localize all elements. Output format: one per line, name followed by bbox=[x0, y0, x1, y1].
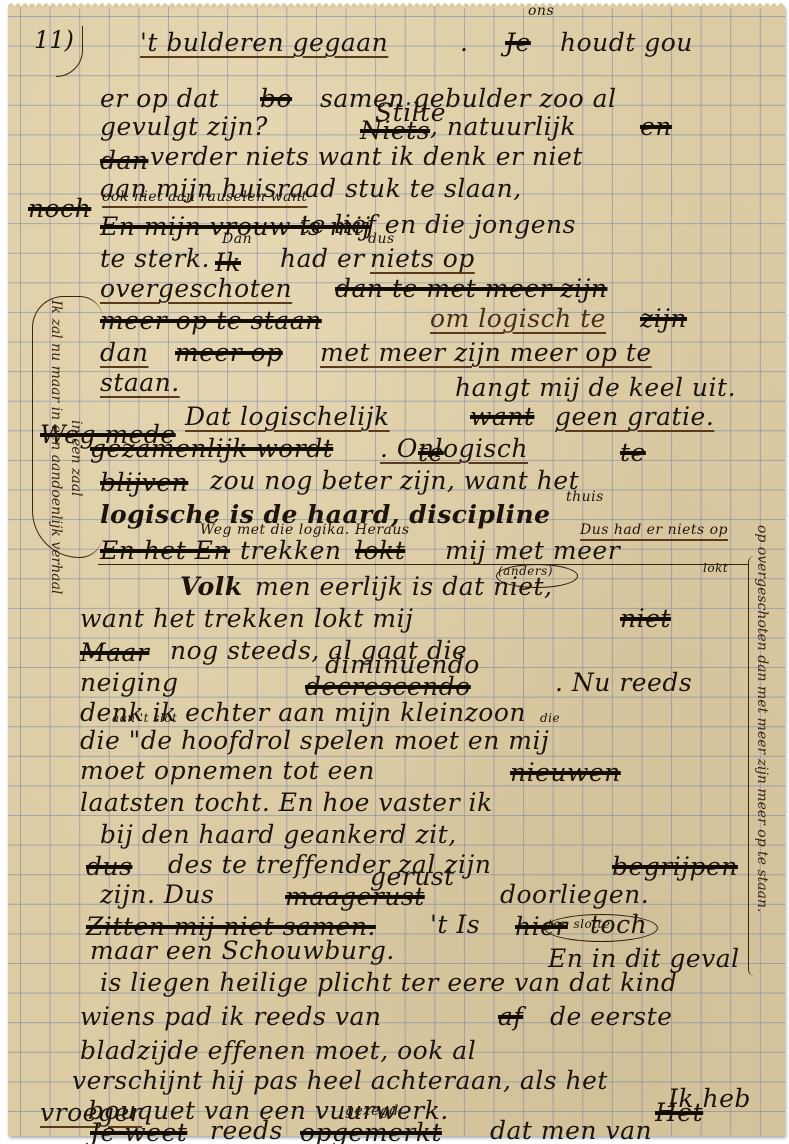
struck-text: lokt bbox=[355, 538, 405, 563]
struck-text: maagerust bbox=[285, 884, 425, 909]
text-line: reeds bbox=[210, 1118, 283, 1143]
text-line: de eerste bbox=[550, 1004, 672, 1029]
text-line: moet opnemen tot een bbox=[80, 758, 375, 783]
inserted-text: ons bbox=[528, 4, 554, 18]
text-line: is liegen heilige plicht ter eere van da… bbox=[100, 970, 677, 995]
inserted-text: Dus had er niets op bbox=[580, 523, 728, 537]
struck-text: te bbox=[418, 440, 444, 465]
struck-text: dan te met meer zijn bbox=[335, 276, 607, 301]
struck-text: begrijpen bbox=[612, 854, 738, 879]
text-line: neiging bbox=[80, 670, 179, 695]
text-line: . bbox=[460, 30, 468, 55]
struck-text: dus bbox=[86, 854, 132, 879]
right-margin-note: op overgeschoten dan met meer zijn meer … bbox=[754, 525, 770, 912]
text-line: bladzijde effenen moet, ook al bbox=[80, 1038, 476, 1063]
struck-text: opgemerkt bbox=[300, 1120, 442, 1144]
struck-text: blijven bbox=[100, 470, 188, 495]
struck-text: en bbox=[640, 114, 672, 139]
struck-text: af bbox=[498, 1004, 523, 1029]
text-line: overgeschoten bbox=[100, 276, 292, 301]
text-line: hangt mij de keel uit. bbox=[455, 375, 736, 400]
text-line: geen gratie. bbox=[555, 404, 714, 429]
text-line: niets op bbox=[370, 246, 475, 271]
struck-text: te bbox=[620, 440, 646, 465]
text-line: men eerlijk is dat niet, bbox=[255, 574, 553, 599]
struck-text: want bbox=[470, 404, 534, 429]
text-line: . Nu reeds bbox=[555, 670, 692, 695]
struck-text: niet bbox=[620, 606, 671, 631]
text-line: doorliegen. bbox=[500, 882, 649, 907]
text-line: want het trekken lokt mij bbox=[80, 606, 413, 631]
text-line: houdt gou bbox=[560, 30, 693, 55]
text-line: trekken bbox=[240, 538, 342, 563]
inserted-text: ook niet aan rauselen want bbox=[102, 190, 308, 204]
text-line: , natuurlijk bbox=[430, 114, 576, 139]
text-line: er op dat bbox=[100, 86, 219, 111]
struck-text: gezamenlijk wordt bbox=[90, 436, 333, 461]
text-line: zou nog beter zijn, want het bbox=[210, 468, 579, 493]
inserted-text: Dan bbox=[222, 232, 252, 246]
text-line: bij den haard geankerd zit, bbox=[100, 822, 457, 847]
text-line: Dat logischelijk bbox=[185, 404, 390, 429]
struck-text: meer op bbox=[175, 340, 283, 365]
struck-text: En het En bbox=[100, 538, 230, 563]
text-line: samen gebulder zoo al bbox=[320, 86, 617, 111]
struck-text: noch bbox=[28, 196, 91, 221]
text-line: dan bbox=[100, 340, 149, 365]
text-line: gevulgt zijn? bbox=[100, 114, 268, 139]
text-line: dat men van bbox=[490, 1118, 652, 1143]
inserted-text: gezegd bbox=[345, 1104, 399, 1118]
inserted-text: ten slotte bbox=[548, 918, 610, 930]
struck-text: bo bbox=[260, 86, 292, 111]
inserted-text: thuis bbox=[566, 490, 604, 504]
struck-text: decrescendo bbox=[305, 674, 471, 699]
inserted-text: aan 't slot bbox=[112, 712, 177, 724]
text-line: zijn. Dus bbox=[100, 882, 214, 907]
struck-text: Je bbox=[505, 30, 531, 55]
text-line: mij met meer bbox=[445, 538, 620, 563]
text-line: Volk bbox=[180, 574, 243, 599]
left-margin-note-2: in een zaal bbox=[68, 420, 84, 497]
text-line: verder niets want ik denk er niet bbox=[150, 144, 583, 169]
inserted-text: lokt bbox=[703, 562, 728, 574]
struck-text: Ik bbox=[215, 250, 241, 275]
inserted-text: Weg met die logika. Heraus bbox=[200, 523, 410, 537]
text-line: . Onlogisch bbox=[380, 436, 528, 461]
struck-text: Niets bbox=[360, 118, 430, 143]
struck-text: zijn bbox=[640, 306, 687, 331]
struck-text: meer op te staan bbox=[100, 308, 322, 333]
text-line: maar een Schouwburg. bbox=[90, 938, 395, 963]
text-line: laatsten tocht. En hoe vaster ik bbox=[80, 790, 493, 815]
struck-text: nieuwen bbox=[510, 760, 621, 785]
text-line: Ik heb bbox=[668, 1086, 751, 1111]
text-line: met meer zijn meer op te bbox=[320, 340, 652, 365]
page-number: 11) bbox=[34, 26, 74, 54]
struck-text: dan bbox=[100, 148, 149, 173]
text-line: had er bbox=[280, 246, 365, 271]
text-line: staan. bbox=[100, 370, 180, 395]
text-line: die "de hoofdrol spelen moet en mij bbox=[80, 728, 549, 753]
text-line: wiens pad ik reeds van bbox=[80, 1004, 381, 1029]
inserted-text: die bbox=[540, 712, 560, 724]
struck-text: Je weet bbox=[90, 1120, 187, 1144]
text-line: te sterk. bbox=[100, 246, 210, 271]
text-line: 't bulderen gegaan bbox=[140, 30, 388, 55]
text-line: verschijnt hij pas heel achteraan, als h… bbox=[72, 1068, 608, 1093]
text-line: 't Is bbox=[430, 912, 480, 937]
left-margin-note: Ik zal nu maar in een aandoenlijk verhaa… bbox=[48, 300, 64, 594]
text-line: om logisch te bbox=[430, 306, 606, 331]
text-line: te lief en die jongens bbox=[300, 212, 576, 237]
struck-text: Maar bbox=[80, 640, 149, 665]
